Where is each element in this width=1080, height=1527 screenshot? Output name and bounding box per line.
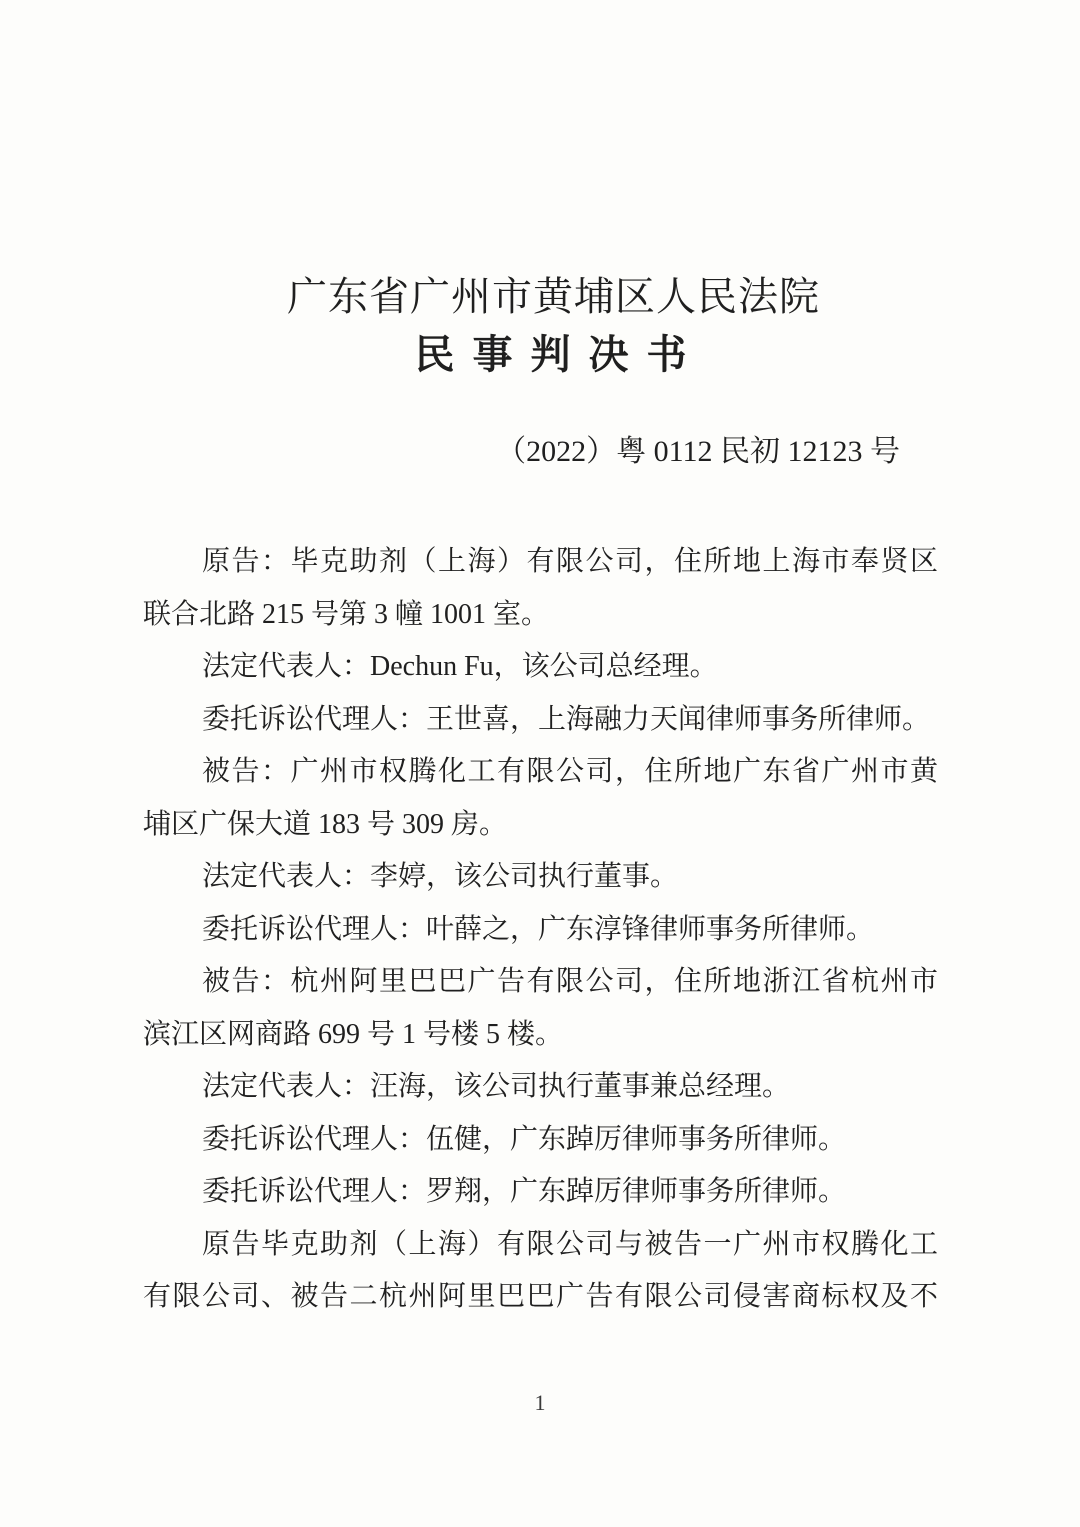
judgment-line: 委托诉讼代理人：叶薛之，广东淳锋律师事务所律师。 xyxy=(143,904,938,957)
judgment-page: 广东省广州市黄埔区人民法院 民 事 判 决 书 （2022）粤 0112 民初 … xyxy=(0,0,1080,1527)
judgment-line: 被告：广州市权腾化工有限公司，住所地广东省广州市黄 xyxy=(143,746,938,799)
judgment-line: 委托诉讼代理人：伍健，广东踔厉律师事务所律师。 xyxy=(143,1114,938,1167)
judgment-line: 原告：毕克助剂（上海）有限公司，住所地上海市奉贤区 xyxy=(143,536,938,589)
judgment-body: 原告：毕克助剂（上海）有限公司，住所地上海市奉贤区 联合北路 215 号第 3 … xyxy=(143,536,938,1324)
judgment-line: 埔区广保大道 183 号 309 房。 xyxy=(143,799,938,852)
judgment-content: 广东省广州市黄埔区人民法院 民 事 判 决 书 （2022）粤 0112 民初 … xyxy=(143,0,938,1324)
judgment-line: 委托诉讼代理人：王世喜，上海融力天闻律师事务所律师。 xyxy=(143,694,938,747)
document-type-heading: 民 事 判 决 书 xyxy=(153,330,948,380)
judgment-line: 被告：杭州阿里巴巴广告有限公司，住所地浙江省杭州市 xyxy=(143,956,938,1009)
judgment-line: 联合北路 215 号第 3 幢 1001 室。 xyxy=(143,589,938,642)
judgment-line: 法定代表人：李婷，该公司执行董事。 xyxy=(143,851,938,904)
court-name-heading: 广东省广州市黄埔区人民法院 xyxy=(156,272,951,322)
judgment-line: 委托诉讼代理人：罗翔，广东踔厉律师事务所律师。 xyxy=(143,1166,938,1219)
judgment-line: 原告毕克助剂（上海）有限公司与被告一广州市权腾化工 xyxy=(143,1219,938,1272)
judgment-line: 法定代表人：Dechun Fu，该公司总经理。 xyxy=(143,641,938,694)
page-number: 1 xyxy=(0,1390,1080,1416)
judgment-line: 法定代表人：汪海，该公司执行董事兼总经理。 xyxy=(143,1061,938,1114)
judgment-line: 滨江区网商路 699 号 1 号楼 5 楼。 xyxy=(143,1009,938,1062)
judgment-line: 有限公司、被告二杭州阿里巴巴广告有限公司侵害商标权及不 xyxy=(143,1271,938,1324)
case-number: （2022）粤 0112 民初 12123 号 xyxy=(143,432,938,472)
